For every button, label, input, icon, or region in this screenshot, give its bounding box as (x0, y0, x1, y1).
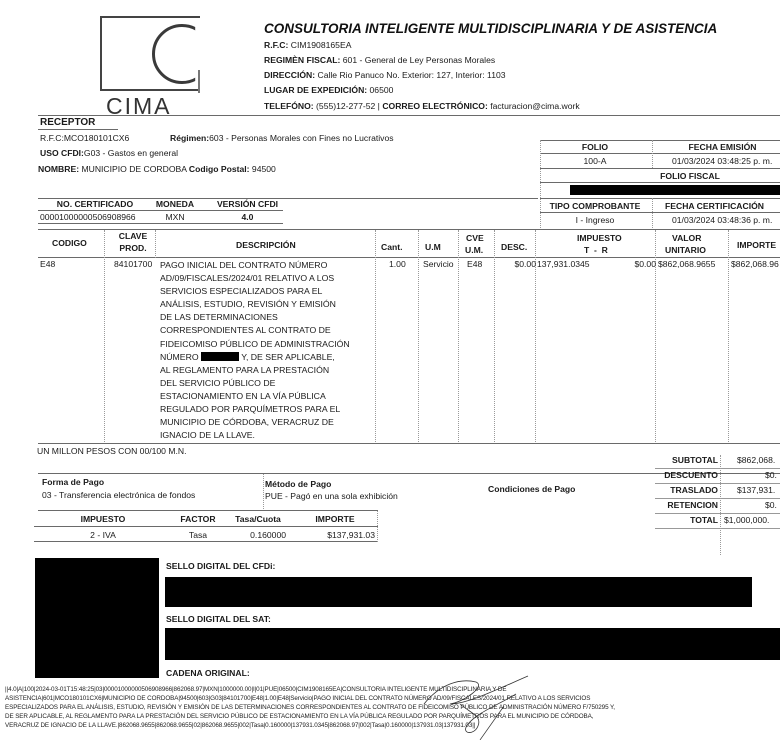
divider (655, 498, 780, 499)
divider (652, 140, 653, 168)
item-impuesto-r: $0.00 (620, 259, 656, 269)
issuer-regimen-label: REGIMÈN FISCAL: (264, 55, 340, 65)
divider (38, 129, 118, 130)
sello-sat-redacted (165, 628, 780, 660)
divider (540, 182, 780, 183)
issuer-regimen: REGIMÈN FISCAL: 601 - General de Ley Per… (264, 55, 495, 65)
moneda-label: MONEDA (150, 199, 200, 209)
divider (540, 168, 780, 169)
fecha-emision-value: 01/03/2024 03:48:25 p. m. (672, 156, 772, 166)
issuer-rfc-value: CIM1908165EA (291, 40, 352, 50)
item-um: Servicio (423, 259, 454, 269)
total-label-retencion: RETENCION (650, 500, 718, 510)
divider (38, 210, 283, 211)
issuer-telefono-label: TELEFÓNO: (264, 101, 314, 111)
folio-fiscal-label: FOLIO FISCAL (540, 171, 780, 181)
receptor-cp-label: Codigo Postal: (189, 164, 250, 174)
redacted-number (201, 352, 239, 361)
receptor-rfc-label: R.F.C: (40, 133, 64, 143)
divider (540, 198, 780, 199)
description-line: FIDEICOMISO PÚBLICO DE ADMINISTRACIÓN (160, 338, 375, 351)
divider (34, 526, 378, 527)
receptor-regimen-value: 603 - Personas Morales con Fines no Lucr… (209, 133, 393, 143)
divider (418, 230, 419, 442)
description-line: CORRESPONDIENTES AL CONTRATO DE (160, 324, 375, 337)
divider (655, 513, 780, 514)
total-label-total: TOTAL (650, 515, 718, 525)
issuer-direccion-label: DIRECCIÓN: (264, 70, 315, 80)
issuer-rfc: R.F.C: CIM1908165EA (264, 40, 351, 50)
version-label: VERSIÓN CFDI (210, 199, 285, 209)
tax-tasa: 0.160000 (223, 530, 286, 540)
fecha-emision-label: FECHA EMISIÓN (655, 142, 780, 152)
description-line: ANÁLISIS, ESTUDIO, REVISIÓN Y EMISIÓN (160, 298, 375, 311)
tax-col-importe: IMPORTE (300, 514, 370, 524)
divider (655, 468, 780, 469)
col-desc: DESC. (501, 242, 527, 252)
divider (540, 212, 780, 213)
description-line: AL REGLAMENTO PARA LA PRESTACIÓN (160, 364, 375, 377)
issuer-lugar-label: LUGAR DE EXPEDICIÓN: (264, 85, 367, 95)
tax-importe: $137,931.03 (300, 530, 375, 540)
tipo-comprobante-value: I - Ingreso (540, 215, 650, 225)
receptor-uso-label: USO CFDI: (40, 148, 84, 158)
issuer-contact: TELEFÓNO: (555)12-277-52 | CORREO ELECTR… (264, 101, 580, 111)
folio-fiscal-redacted (570, 185, 780, 195)
divider (263, 474, 264, 509)
sello-cfdi-label: SELLO DIGITAL DEL CFDi: (166, 561, 275, 571)
divider (38, 229, 780, 230)
divider (652, 198, 653, 228)
total-value-retencion: $0. (765, 500, 777, 510)
description-line: SERVICIOS ESPECIALIZADOS PARA EL (160, 285, 375, 298)
metodo-pago-value: PUE - Pagó en una sola exhibición (265, 491, 398, 501)
col-impuesto-1: IMPUESTO (577, 233, 622, 243)
issuer-direccion: DIRECCIÓN: Calle Rio Panuco No. Exterior… (264, 70, 506, 80)
description-line: REGULADO POR PARQUÍMETROS PARA EL (160, 403, 375, 416)
forma-pago-value: 03 - Transferencia electrónica de fondos (42, 490, 195, 500)
issuer-rfc-label: R.F.C: (264, 40, 288, 50)
col-clave-2: PROD. (108, 243, 158, 253)
item-descripcion: PAGO INICIAL DEL CONTRATO NÚMEROAD/09/FI… (160, 259, 375, 442)
col-cant: Cant. (381, 242, 402, 252)
divider (540, 153, 780, 154)
receptor-rfc-value: MCO180101CX6 (64, 133, 129, 143)
receptor-rfc: R.F.C:MCO180101CX6 (40, 133, 129, 143)
cadena-label: CADENA ORIGINAL: (166, 668, 250, 678)
condiciones-pago-label: Condiciones de Pago (488, 484, 575, 494)
divider (458, 230, 459, 442)
cadena-line: ASISTENCIA|601|MCO180101CX6|MUNICIPIO DE… (5, 694, 775, 703)
receptor-nombre-value: MUNICIPIO DE CORDOBA (81, 164, 186, 174)
col-codigo: CODIGO (52, 238, 87, 248)
tax-factor: Tasa (168, 530, 228, 540)
logo-frame-edge (198, 70, 200, 93)
divider (720, 455, 721, 555)
cadena-line: ||4.0|A|100|2024-03-01T15:48:25|03|00001… (5, 685, 775, 694)
receptor-regimen: Régimen:603 - Personas Morales con Fines… (170, 133, 394, 143)
item-clave: 84101700 (114, 259, 152, 269)
receptor-uso: USO CFDI:G03 - Gastos en general (40, 148, 178, 158)
issuer-correo-value: facturacion@cima.work (490, 101, 579, 111)
total-label-subtotal: SUBTOTAL (650, 455, 718, 465)
total-value-traslado: $137,931. (737, 485, 775, 495)
col-um: U.M (425, 242, 441, 252)
divider (38, 510, 378, 511)
divider (540, 140, 780, 141)
item-cant: 1.00 (389, 259, 406, 269)
fecha-cert-value: 01/03/2024 03:48:36 p. m. (672, 215, 772, 225)
description-line: IGNACIO DE LA LLAVE. (160, 429, 375, 442)
qr-code-redacted (35, 558, 159, 678)
signature-icon (420, 674, 540, 740)
col-impuesto-2: T - R (584, 245, 608, 255)
cadena-line: DE SER APLICABLE, AL REGLAMENTO PARA LA … (5, 712, 775, 721)
receptor-uso-value: G03 - Gastos en general (84, 148, 178, 158)
col-cve-2: U.M. (465, 245, 483, 255)
divider (655, 528, 780, 529)
receptor-nombre: NOMBRE: MUNICIPIO DE CORDOBA Codigo Post… (38, 164, 276, 174)
amount-in-words: UN MILLON PESOS CON 00/100 M.N. (37, 446, 186, 456)
divider (38, 257, 780, 258)
divider (375, 230, 376, 442)
item-impuesto-t: 137,931.0345 (537, 259, 590, 269)
col-valor-2: UNITARIO (665, 245, 706, 255)
forma-pago-label: Forma de Pago (42, 477, 104, 487)
tax-impuesto: 2 - IVA (38, 530, 168, 540)
divider (377, 511, 378, 542)
cadena-line: ESPECIALIZADOS PARA EL ANÁLISIS, ESTUDIO… (5, 703, 775, 712)
moneda-value: MXN (150, 212, 200, 222)
tax-col-factor: FACTOR (168, 514, 228, 524)
issuer-direccion-value: Calle Rio Panuco No. Exterior: 127, Inte… (317, 70, 505, 80)
sello-cfdi-redacted (165, 577, 752, 607)
description-line: NÚMERO Y, DE SER APLICABLE, (160, 351, 375, 364)
issuer-correo-label: CORREO ELECTRÓNICO: (382, 101, 488, 111)
logo-c-icon (152, 24, 212, 84)
total-value-descuento: $0. (765, 470, 777, 480)
issuer-telefono-value: (555)12-277-52 | (316, 101, 380, 111)
metodo-pago-label: Método de Pago (265, 479, 331, 489)
receptor-regimen-label: Régimen: (170, 133, 209, 143)
cadena-original: ||4.0|A|100|2024-03-01T15:48:25|03|00001… (5, 685, 775, 730)
divider (38, 115, 780, 116)
divider (155, 230, 156, 258)
receptor-cp-value: 94500 (252, 164, 276, 174)
issuer-regimen-value: 601 - General de Ley Personas Morales (343, 55, 495, 65)
issuer-name: CONSULTORIA INTELIGENTE MULTIDISCIPLINAR… (264, 21, 717, 36)
description-line: PAGO INICIAL DEL CONTRATO NÚMERO (160, 259, 375, 272)
tipo-comprobante-label: TIPO COMPROBANTE (540, 201, 650, 211)
col-descripcion: DESCRIPCIÓN (236, 240, 296, 250)
item-valor-unitario: $862,068.9655 (658, 259, 715, 269)
col-importe: IMPORTE (737, 240, 776, 250)
description-line: MUNICIPIO DE CÓRDOBA, VERACRUZ DE (160, 416, 375, 429)
version-value: 4.0 (210, 212, 285, 222)
tax-col-impuesto: IMPUESTO (38, 514, 168, 524)
item-desc: $0.00 (494, 259, 536, 269)
divider (655, 483, 780, 484)
description-line: DE LAS DETERMINACIONES (160, 311, 375, 324)
col-cve-1: CVE (466, 233, 484, 243)
total-label-descuento: DESCUENTO (650, 470, 718, 480)
folio-label: FOLIO (540, 142, 650, 152)
cadena-line: VERACRUZ DE IGNACIO DE LA LLAVE.|862068.… (5, 721, 775, 730)
total-label-traslado: TRASLADO (650, 485, 718, 495)
receptor-nombre-label: NOMBRE: (38, 164, 79, 174)
divider (728, 230, 729, 442)
tax-col-tasa: Tasa/Cuota (223, 514, 293, 524)
total-value-total: $1,000,000. (724, 515, 769, 525)
no-cert-value: 00001000000506908966 (40, 212, 136, 222)
divider (38, 443, 780, 444)
description-line: AD/09/FISCALES/2024/01 RELATIVO A LOS (160, 272, 375, 285)
col-clave-1: CLAVE (108, 231, 158, 241)
total-value-subtotal: $862,068. (737, 455, 775, 465)
description-line: DEL SERVICIO PÚBLICO DE (160, 377, 375, 390)
col-valor-1: VALOR (672, 233, 701, 243)
fecha-cert-label: FECHA CERTIFICACIÓN (665, 201, 764, 211)
item-importe: $862,068.96 (731, 259, 779, 269)
divider (34, 541, 378, 542)
no-cert-label: NO. CERTIFICADO (40, 199, 150, 209)
divider (38, 223, 283, 224)
item-cve-um: E48 (467, 259, 482, 269)
receptor-title: RECEPTOR (40, 117, 95, 128)
issuer-lugar-value: 06500 (370, 85, 394, 95)
item-codigo: E48 (40, 259, 55, 269)
description-line: ESTACIONAMIENTO EN LA VÍA PÚBLICA (160, 390, 375, 403)
sello-sat-label: SELLO DIGITAL DEL SAT: (166, 614, 271, 624)
folio-value: 100-A (540, 156, 650, 166)
divider (104, 230, 105, 442)
issuer-lugar: LUGAR DE EXPEDICIÓN: 06500 (264, 85, 393, 95)
